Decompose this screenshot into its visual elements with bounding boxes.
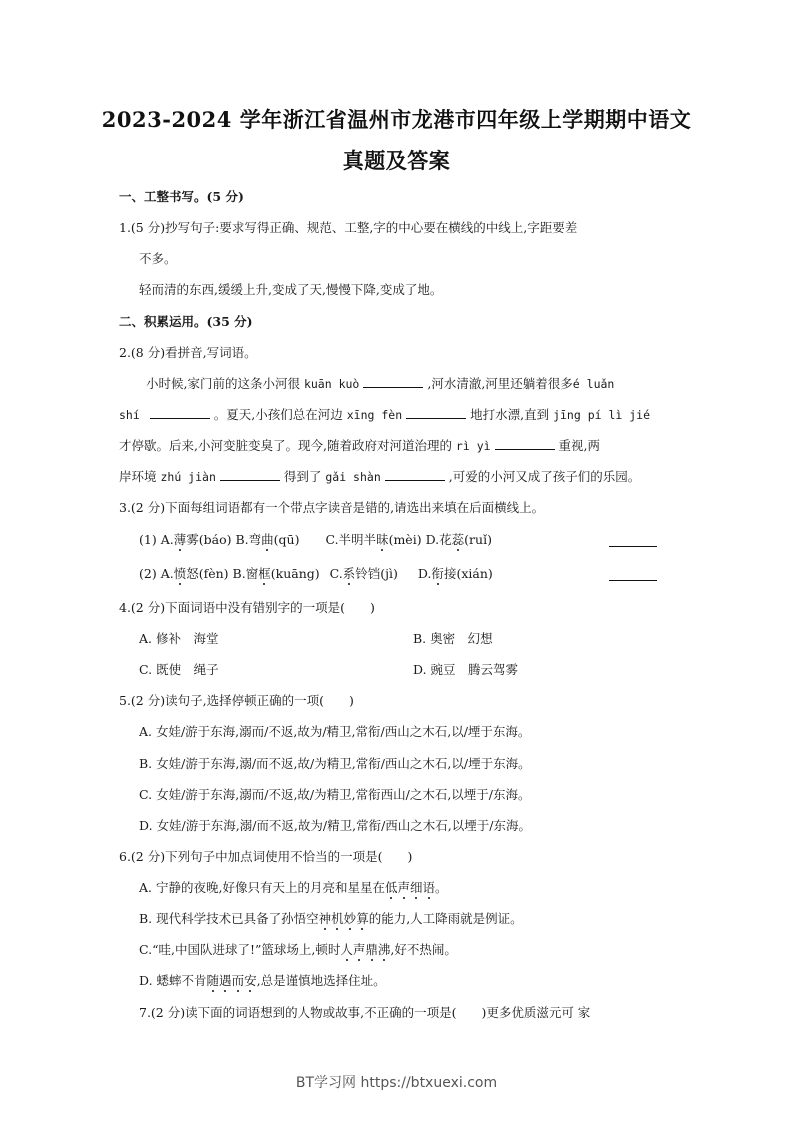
answer-blank[interactable] bbox=[406, 406, 466, 419]
question-7-stem: 7.(2 分)读下面的词语想到的人物或故事,不正确的一项是( )更多优质滋元可 … bbox=[139, 1004, 590, 1022]
pinyin: zhú jiàn bbox=[160, 470, 215, 484]
question-3-stem: 3.(2 分)下面每组词语都有一个带点字读音是错的,请选出来填在后面横线上。 bbox=[119, 499, 544, 517]
answer-blank[interactable] bbox=[385, 468, 445, 481]
pinyin: gǎi shàn bbox=[325, 470, 380, 484]
section-heading: 一、工整书写。(5 分) bbox=[119, 188, 244, 206]
passage-text: 地打水漂,直到 bbox=[470, 407, 553, 422]
pinyin: xīng fèn bbox=[347, 408, 402, 422]
option: A.愤怒(fèn) bbox=[161, 566, 229, 581]
answer-blank[interactable] bbox=[495, 437, 555, 450]
answer-blank[interactable] bbox=[609, 580, 657, 581]
pinyin: jīng pí lì jié bbox=[553, 408, 650, 422]
option-b[interactable]: B. 现代科学技术已具备了孙悟空神机妙算的能力,人工降雨就是例证。 bbox=[139, 910, 523, 928]
answer-blank[interactable] bbox=[150, 406, 210, 419]
option: C.系铃铛(jì) bbox=[330, 566, 398, 581]
question-2-line1: 小时候,家门前的这条小河很 kuān kuò,河水清澈,河里还躺着很多é luǎ… bbox=[146, 375, 614, 393]
option-b[interactable]: B. 奥密 幻想 bbox=[413, 630, 493, 648]
dotted-phrase: 人声鼎沸 bbox=[340, 942, 390, 957]
section-heading: 二、积累运用。(35 分) bbox=[119, 313, 253, 331]
pinyin: rì yì bbox=[456, 439, 491, 453]
question-1-stem: 1.(5 分)抄写句子:要求写得正确、规范、工整,字的中心要在横线的中线上,字距… bbox=[119, 219, 577, 237]
option-a[interactable]: A. 女娃/游于东海,溺而/不返,故为/精卫,常衔/西山之木石,以/堙于东海。 bbox=[139, 723, 530, 741]
option-d[interactable]: D. 豌豆 腾云驾雾 bbox=[413, 661, 518, 679]
dotted-phrase: 低声细语 bbox=[385, 880, 435, 895]
question-2-line2: shí。夏天,小孩们总在河边 xīng fèn地打水漂,直到 jīng pí l… bbox=[119, 406, 650, 424]
option-d[interactable]: D. 女娃/游于东海,溺/而不返,故为/精卫,常衔/西山之木石,以堙于/东海。 bbox=[139, 817, 531, 835]
document-title-line2: 真题及答案 bbox=[0, 145, 793, 175]
option-a[interactable]: A. 修补 海堂 bbox=[139, 630, 218, 648]
question-5-stem: 5.(2 分)读句子,选择停顿正确的一项( ) bbox=[119, 692, 354, 710]
option-d[interactable]: D. 蟋蟀不肯随遇而安,总是谨慎地选择住址。 bbox=[139, 972, 386, 990]
dotted-phrase: 随遇而安 bbox=[207, 973, 257, 988]
passage-text: ,可爱的小河又成了孩子们的乐园。 bbox=[449, 469, 640, 484]
question-1-sentence: 轻而清的东西,缓缓上升,变成了天,慢慢下降,变成了地。 bbox=[139, 281, 442, 299]
passage-text: ,河水清澈,河里还躺着很多 bbox=[427, 376, 572, 391]
pinyin: shí bbox=[119, 408, 140, 422]
passage-text: 重视,两 bbox=[559, 438, 600, 453]
question-2-line3: 才停歇。后来,小河变脏变臭了。现今,随着政府对河道治理的 rì yì重视,两 bbox=[119, 437, 600, 455]
group-label: (1) bbox=[139, 532, 157, 547]
passage-text: 。夏天,小孩们总在河边 bbox=[214, 407, 347, 422]
question-2-stem: 2.(8 分)看拼音,写词语。 bbox=[119, 344, 257, 362]
passage-text: 岸环境 bbox=[119, 469, 160, 484]
option: D.花蕊(ruǐ) bbox=[426, 532, 492, 547]
passage-text: 小时候,家门前的这条小河很 bbox=[146, 376, 304, 391]
option: B.窗框(kuāng) bbox=[233, 566, 320, 581]
pinyin: kuān kuò bbox=[304, 377, 359, 391]
footer-watermark: BT学习网 https://btxuexi.com bbox=[0, 1072, 793, 1092]
dotted-phrase: 神机妙算 bbox=[319, 911, 369, 926]
question-2-line4: 岸环境 zhú jiàn得到了 gǎi shàn,可爱的小河又成了孩子们的乐园。 bbox=[119, 468, 640, 486]
option: B.弯曲(qū) bbox=[235, 532, 299, 547]
question-1-stem-cont: 不多。 bbox=[139, 250, 177, 268]
question-6-stem: 6.(2 分)下列句子中加点词使用不恰当的一项是( ) bbox=[119, 848, 412, 866]
option: A.薄雾(báo) bbox=[161, 532, 232, 547]
group-label: (2) bbox=[139, 566, 157, 581]
passage-text: 才停歇。后来,小河变脏变臭了。现今,随着政府对河道治理的 bbox=[119, 438, 456, 453]
option-c[interactable]: C. 既使 绳子 bbox=[139, 661, 219, 679]
answer-blank[interactable] bbox=[220, 468, 280, 481]
option-c[interactable]: C. 女娃/游于东海,溺而/不返,故/为精卫,常衔西山/之木石,以堙于/东海。 bbox=[139, 786, 531, 804]
answer-blank[interactable] bbox=[609, 546, 657, 547]
option-b[interactable]: B. 女娃/游于东海,溺/而不返,故/为精卫,常衔/西山之木石,以/堙于东海。 bbox=[139, 755, 531, 773]
question-4-stem: 4.(2 分)下面词语中没有错别字的一项是( ) bbox=[119, 599, 375, 617]
answer-blank[interactable] bbox=[363, 375, 423, 388]
option: D.衔接(xián) bbox=[418, 566, 493, 581]
question-3-group2: (2) A.愤怒(fèn) B.窗框(kuāng) C.系铃铛(jì) D.衔接… bbox=[139, 565, 493, 583]
document-title-line1: 2023-2024 学年浙江省温州市龙港市四年级上学期期中语文 bbox=[0, 104, 793, 134]
option: C.半明半昧(mèi) bbox=[325, 532, 421, 547]
option-a[interactable]: A. 宁静的夜晚,好像只有天上的月亮和星星在低声细语。 bbox=[139, 879, 448, 897]
pinyin: é luǎn bbox=[573, 377, 615, 391]
option-c[interactable]: C.“哇,中国队进球了!”篮球场上,顿时人声鼎沸,好不热闹。 bbox=[139, 941, 457, 959]
question-3-group1: (1) A.薄雾(báo) B.弯曲(qū) C.半明半昧(mèi) D.花蕊(… bbox=[139, 531, 492, 549]
passage-text: 得到了 bbox=[284, 469, 325, 484]
